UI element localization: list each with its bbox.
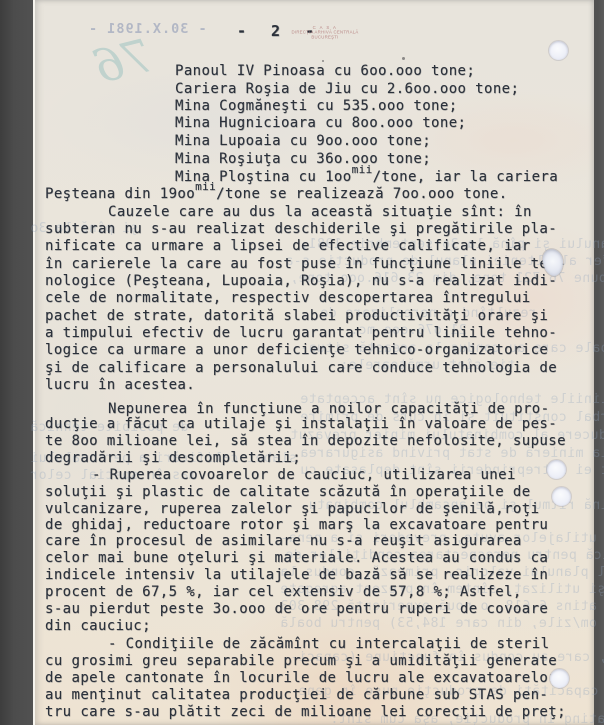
punch-hole — [550, 669, 569, 688]
ink-speck — [402, 57, 405, 60]
ink-speck — [322, 60, 324, 62]
punch-hole — [549, 41, 568, 60]
punch-hole — [552, 487, 571, 506]
artifact-layer — [0, 0, 604, 725]
scanned-document-page: - 30.X.1981 - 76 şi pînă la 3ode la înce… — [0, 0, 604, 725]
torn-spot — [541, 248, 565, 278]
punch-hole — [547, 460, 566, 479]
